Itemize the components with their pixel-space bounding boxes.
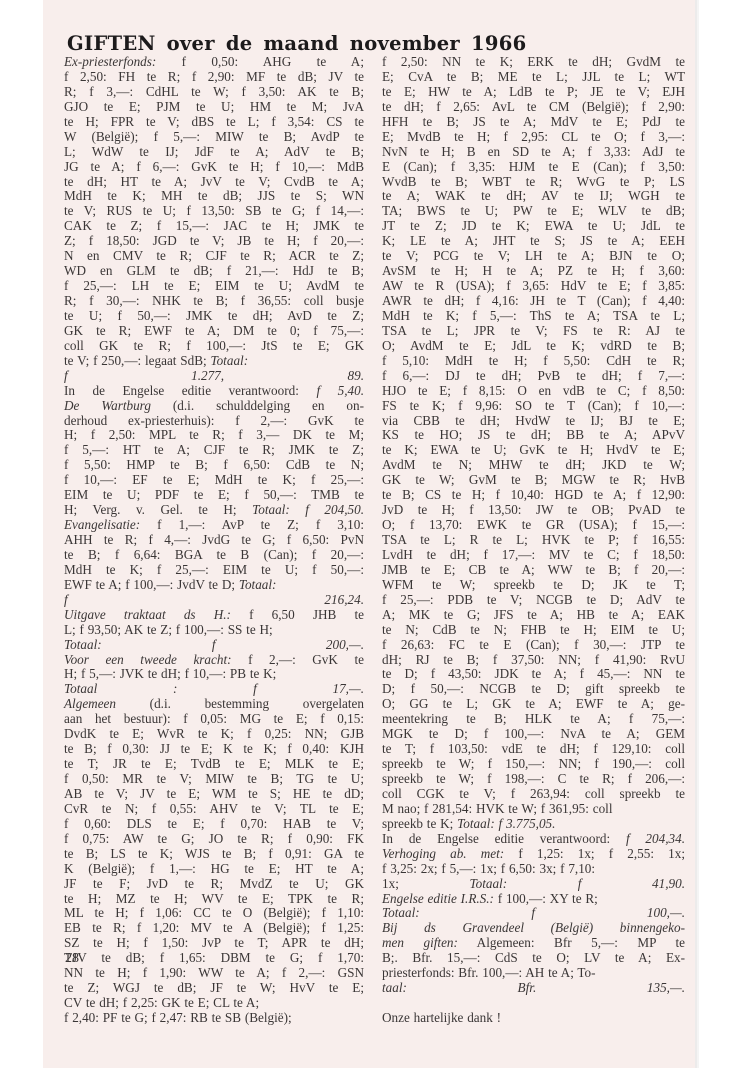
text-line: O; AvdM te E; JdL te K; vdRD te B; [382, 339, 685, 354]
text-line: MdH te K; MH te dB; JJS te S; WN [64, 189, 364, 204]
text-line: f 0,50: MR te V; MIW te B; TG te U; [64, 772, 364, 787]
left-text-column: Ex-priesterfonds: f 0,50: AHG te A;f 2,5… [64, 55, 364, 1026]
text-line: EB te R; f 1,20: MV te A (België); f 1,2… [64, 921, 364, 936]
text-line: Uitgave traktaat ds H.: f 6,50 JHB te [64, 608, 364, 623]
italic-text-segment: taal: Bfr. 135,—. [382, 980, 685, 995]
text-line: Totaal : f 17,—. [64, 682, 364, 697]
text-line: f 1.277, 89. [64, 369, 364, 384]
text-segment: 1x; [382, 876, 469, 891]
text-line: EWF te A; f 100,—: JvdV te D; Totaal: [64, 578, 364, 593]
text-line: te B; CS te H; f 10,40: HGD te A; f 12,9… [382, 488, 685, 503]
text-segment: JT te Z; JD te K; EWA te U; JdL te [382, 218, 685, 233]
text-line: K; LE te A; JHT te S; JS te A; EEH [382, 234, 685, 249]
text-line: te V; PCG te V; LH te A; BJN te O; [382, 249, 685, 264]
text-segment: f 1,25: 1x; f 2,55: 1x; [504, 846, 685, 861]
text-segment: WvdB te B; WBT te R; WvG te P; LS [382, 174, 685, 189]
text-line: GK te W; GvM te B; MGW te R; HvB [382, 473, 685, 488]
text-segment: f 6,—: DJ te dH; PvB te dH; f 7,—: [382, 368, 685, 383]
text-line: f 5,50: HMP te B; f 6,50: CdB te N; [64, 458, 364, 473]
text-line: H; f 2,50: MPL te R; f 3,— DK te M; [64, 428, 364, 443]
text-line: f 3,25: 2x; f 5,—: 1x; f 6,50: 3x; f 7,1… [382, 862, 685, 877]
text-segment: GK te R; EWF te A; DM te 0; f 75,—: [64, 323, 364, 338]
text-line: NN te H; f 1,90: WW te A; f 2,—: GSN [64, 966, 364, 981]
text-line: MGK te D; f 100,—: NvA te A; GEM [382, 727, 685, 742]
text-line: LvdH te dH; f 17,—: MV te C; f 18,50: [382, 548, 685, 563]
text-segment: te dH; f 2,65: AvL te CM (België); f 2,9… [382, 99, 685, 114]
text-segment: f 5,10: MdH te H; f 5,50: CdH te R; [382, 353, 685, 368]
text-line: f 5,10: MdH te H; f 5,50: CdH te R; [382, 354, 685, 369]
text-segment: te N; CdB te N; FHB te H; EIM te U; [382, 622, 685, 637]
text-segment: f 10,—: EF te E; MdH te K; f 25,—: [64, 472, 364, 487]
text-line: JT te Z; JD te K; EWA te U; JdL te [382, 219, 685, 234]
text-line: dH; RJ te B; f 37,50: NN; f 41,90: RvU [382, 653, 685, 668]
text-segment: f 0,50: MR te V; MIW te B; TG te U; [64, 771, 364, 786]
text-line: derhoud ex-priesterhuis): f 2,—: GvK te [64, 414, 364, 429]
text-line: Verhoging ab. met: f 1,25: 1x; f 2,55: 1… [382, 847, 685, 862]
text-line: E; CvA te B; ME te L; JJL te L; WT [382, 70, 685, 85]
text-line: H; Verg. v. Gel. te H; Totaal: f 204,50. [64, 503, 364, 518]
text-line: N en CMV te R; CJF te R; ACR te Z; [64, 249, 364, 264]
text-segment: EWF te A; f 100,—: JvdV te D; [64, 577, 239, 592]
text-line: f 2,50: FH te R; f 2,90: MF te dB; JV te [64, 70, 364, 85]
text-line: AWR te dH; f 4,16: JH te T (Can); f 4,40… [382, 294, 685, 309]
text-line: f 25,—: PDB te V; NCGB te D; AdV te [382, 593, 685, 608]
italic-text-segment: men giften: [382, 935, 458, 950]
italic-text-segment: Totaal: f 100,—. [382, 905, 685, 920]
text-line: R; f 30,—: NHK te B; f 36,55: coll busje [64, 294, 364, 309]
text-segment: In de Engelse editie verantwoord: [64, 383, 316, 398]
text-line: MdH te K; f 5,—: ThS te A; TSA te L; [382, 309, 685, 324]
text-line: E (Can); f 3,35: HJM te E (Can); f 3,50: [382, 160, 685, 175]
text-line: O; f 13,70: EWK te GR (USA); f 15,—: [382, 518, 685, 533]
italic-text-segment: f 204,34. [626, 831, 685, 846]
text-segment: f 6,50 JHB te [231, 607, 364, 622]
italic-text-segment: Algemeen [64, 696, 116, 711]
text-segment: TSA te L; R te L; HVK te P; f 16,55: [382, 532, 685, 547]
text-line: AvdM te N; MHW te dH; JKD te W; [382, 458, 685, 473]
italic-text-segment: Totaal: f 3.775,05. [457, 816, 555, 831]
text-line: AvSM te H; H te A; PZ te H; f 3,60: [382, 264, 685, 279]
text-segment: AvdM te N; MHW te dH; JKD te W; [382, 457, 685, 472]
text-line: TSA te L; R te L; HVK te P; f 16,55: [382, 533, 685, 548]
text-line: Totaal: f 100,—. [382, 906, 685, 921]
text-segment: f 5,50: HMP te B; f 6,50: CdB te N; [64, 457, 364, 472]
text-line: te V; RUS te U; f 13,50: SB te G; f 14,—… [64, 204, 364, 219]
italic-text-segment: f 216,24. [64, 592, 364, 607]
text-line: WvdB te B; WBT te R; WvG te P; LS [382, 175, 685, 190]
italic-text-segment: Uitgave traktaat ds H.: [64, 607, 231, 622]
title-word: november [350, 32, 460, 55]
text-segment: MdH te K; MH te dB; JJS te S; WN [64, 188, 364, 203]
text-segment: f 25,—: PDB te V; NCGB te D; AdV te [382, 592, 685, 607]
text-line: te B; f 0,30: JJ te E; K te K; f 0,40: K… [64, 742, 364, 757]
text-line: Evangelisatie: f 1,—: AvP te Z; f 3,10: [64, 518, 364, 533]
italic-text-segment: Totaal: f 41,90. [469, 876, 685, 891]
text-segment: te Z; WGJ te dB; JF te W; HvV te E; [64, 980, 364, 995]
italic-text-segment: Ex-priesterfonds: [64, 54, 156, 69]
text-segment: JG te A; f 6,—: GvK te H; f 10,—: MdB [64, 159, 364, 174]
text-segment: DvdK te E; WvR te K; f 0,25: NN; GJB [64, 726, 364, 741]
text-line: M nao; f 281,54: HVK te W; f 361,95: col… [382, 802, 685, 817]
text-line: WFM te W; spreekb te D; JK te T; [382, 578, 685, 593]
text-line: In de Engelse editie verantwoord: f 204,… [382, 832, 685, 847]
text-segment: f 0,75: AW te G; JO te R; f 0,90: FK [64, 831, 364, 846]
text-segment: f 25,—: LH te E; EIM te U; AvdM te [64, 278, 364, 293]
text-segment: Z; f 18,50: JGD te V; JB te H; f 20,—: [64, 233, 364, 248]
text-segment: AB te V; JV te E; WM te S; HE te dD; [64, 786, 364, 801]
text-line: MdH te K; f 25,—: EIM te U; f 50,—: [64, 563, 364, 578]
text-segment: f 0,50: AHG te A; [156, 54, 364, 69]
text-line: f 0,60: DLS te E; f 0,70: HAB te V; [64, 817, 364, 832]
text-segment: HJO te E; f 8,15: O en vdB te C; f 8,50: [382, 383, 685, 398]
text-line: coll GK te R; f 100,—: JtS te E; GK [64, 339, 364, 354]
italic-text-segment: Totaal: [210, 353, 248, 368]
text-segment: AHH te R; f 4,—: JvdG te G; f 6,50: PvN [64, 532, 364, 547]
text-line: D; f 50,—: NCGB te D; gift spreekb te [382, 682, 685, 697]
text-line: spreekb te W; f 198,—: C te R; f 206,—: [382, 772, 685, 787]
text-segment: Onze hartelijke dank ! [382, 1010, 501, 1025]
text-segment: O; AvdM te E; JdL te K; vdRD te B; [382, 338, 685, 353]
text-line: te U; f 50,—: JMK te dH; AvD te Z; [64, 309, 364, 324]
text-line: f 5,—: HT te A; CJF te R; JMK te Z; [64, 443, 364, 458]
text-line: HJO te E; f 8,15: O en vdB te C; f 8,50: [382, 384, 685, 399]
text-line: spreekb te K; Totaal: f 3.775,05. [382, 817, 685, 832]
text-line: L; f 93,50; AK te Z; f 100,—: SS te H; [64, 623, 364, 638]
title-word: 1966 [471, 32, 526, 55]
text-segment: R; f 30,—: NHK te B; f 36,55: coll busje [64, 293, 364, 308]
text-line: meentekring te B; HLK te A; f 75,—: [382, 712, 685, 727]
text-line: GK te R; EWF te A; DM te 0; f 75,—: [64, 324, 364, 339]
text-segment: f 0,60: DLS te E; f 0,70: HAB te V; [64, 816, 364, 831]
text-segment: f 2,50: FH te R; f 2,90: MF te dB; JV te [64, 69, 364, 84]
text-line: SZ te H; f 1,50: JvP te T; APR te dH; [64, 936, 364, 951]
text-line: te D; f 43,50: JDK te A; f 45,—: NN te [382, 667, 685, 682]
right-text-column: f 2,50: NN te K; ERK te dH; GvdM teE; Cv… [382, 55, 685, 1026]
text-line: AHH te R; f 4,—: JvdG te G; f 6,50: PvN [64, 533, 364, 548]
italic-text-segment: Bij ds Gravendeel (België) binnengeko- [382, 920, 685, 935]
text-line: K (België); f 1,—: HG te E; HT te A; [64, 862, 364, 877]
text-line: TSA te L; JPR te V; FS te R: AJ te [382, 324, 685, 339]
text-segment: aan het bestuur): f 0,05: MG te E; f 0,1… [64, 711, 364, 726]
text-line: te Z; WGJ te dB; JF te W; HvV te E; [64, 981, 364, 996]
text-segment: L; f 93,50; AK te Z; f 100,—: SS te H; [64, 622, 273, 637]
text-line: JvD te H; f 13,50: JW te OB; PvAD te [382, 503, 685, 518]
text-segment: WD en GLM te dB; f 21,—: HdJ te B; [64, 263, 364, 278]
text-line: EIM te U; PDF te E; f 50,—: TMB te [64, 488, 364, 503]
text-line: H; f 5,—: JVK te dH; f 10,—: PB te K; [64, 667, 364, 682]
text-line: JF te F; JvD te R; MvdZ te U; GK [64, 877, 364, 892]
text-segment: NvN te H; B en SD te A; f 3,33: AdJ te [382, 144, 685, 159]
text-line: GJO te E; PJM te U; HM te M; JvA [64, 100, 364, 115]
text-segment: te E; HW te A; LdB te P; JE te V; EJH [382, 84, 685, 99]
text-line: Bij ds Gravendeel (België) binnengeko- [382, 921, 685, 936]
text-segment: AWR te dH; f 4,16: JH te T (Can); f 4,40… [382, 293, 685, 308]
italic-text-segment: Evangelisatie: [64, 517, 140, 532]
italic-text-segment: Totaal : f 17,—. [64, 681, 364, 696]
text-segment: via CBB te dH; HvdW te IJ; BJ te E; [382, 413, 685, 428]
text-segment: (d.i. schulddelging en on- [151, 398, 364, 413]
text-segment: K (België); f 1,—: HG te E; HT te A; [64, 861, 364, 876]
text-segment: TA; BWS te U; PW te E; WLV te dB; [382, 203, 685, 218]
document-page: GIFTENoverdemaandnovember1966 Ex-prieste… [43, 0, 695, 1068]
text-segment: spreekb te W; f 150,—: NN; f 190,—: coll [382, 756, 685, 771]
text-segment: f 2,40: PF te G; f 2,47: RB te SB (Belgi… [64, 1010, 292, 1025]
text-segment: spreekb te W; f 198,—: C te R; f 206,—: [382, 771, 685, 786]
text-line: te T; f 103,50: vdE te dH; f 129,10: col… [382, 742, 685, 757]
text-segment: te T; JR te E; TvdB te E; MLK te E; [64, 756, 364, 771]
text-line: TJV te dB; f 1,65: DBM te G; f 1,70: [64, 951, 364, 966]
text-segment: E; MvdB te H; f 2,95: CL te O; f 3,—: [382, 129, 685, 144]
text-segment: Algemeen: Bfr 5,—: MP te [458, 935, 685, 950]
blank-line [382, 996, 685, 1011]
italic-text-segment: De Wartburg [64, 398, 151, 413]
text-segment: meentekring te B; HLK te A; f 75,—: [382, 711, 685, 726]
text-line: CvR te N; f 0,55: AHV te V; TL te E; [64, 802, 364, 817]
text-segment: te V; RUS te U; f 13,50: SB te G; f 14,—… [64, 203, 364, 218]
text-segment: NN te H; f 1,90: WW te A; f 2,—: GSN [64, 965, 364, 980]
text-line: O; GG te L; GK te A; EWF te A; ge- [382, 697, 685, 712]
text-segment: WFM te W; spreekb te D; JK te T; [382, 577, 685, 592]
text-line: W (België); f 5,—: MIW te B; AvdP te [64, 130, 364, 145]
title-word: GIFTEN [67, 32, 156, 55]
text-segment: D; f 50,—: NCGB te D; gift spreekb te [382, 681, 685, 696]
text-line: te K; EWA te U; GvK te H; HvdV te E; [382, 443, 685, 458]
text-segment: O; GG te L; GK te A; EWF te A; ge- [382, 696, 685, 711]
text-segment: EB te R; f 1,20: MV te A (België); f 1,2… [64, 920, 364, 935]
text-segment: te B; LS te K; WJS te B; f 0,91: GA te [64, 846, 364, 861]
italic-text-segment: f 1.277, 89. [64, 368, 364, 383]
text-segment: f 3,25: 2x; f 5,—: 1x; f 6,50: 3x; f 7,1… [382, 861, 595, 876]
italic-text-segment: Voor een tweede kracht: [64, 652, 232, 667]
text-line: f 6,—: DJ te dH; PvB te dH; f 7,—: [382, 369, 685, 384]
text-segment: coll GK te R; f 100,—: JtS te E; GK [64, 338, 364, 353]
italic-text-segment: Totaal: [239, 577, 277, 592]
text-segment: H; Verg. v. Gel. te H; [64, 502, 252, 517]
text-line: AB te V; JV te E; WM te S; HE te dD; [64, 787, 364, 802]
text-segment: (d.i. bestemming overgelaten [116, 696, 364, 711]
text-line: f 2,50: NN te K; ERK te dH; GvdM te [382, 55, 685, 70]
text-segment: LvdH te dH; f 17,—: MV te C; f 18,50: [382, 547, 685, 562]
italic-text-segment: Verhoging ab. met: [382, 846, 504, 861]
text-line: Totaal: f 200,—. [64, 638, 364, 653]
text-line: NvN te H; B en SD te A; f 3,33: AdJ te [382, 145, 685, 160]
text-line: f 26,63: FC te E (Can); f 30,—: JTP te [382, 638, 685, 653]
text-line: Engelse editie I.R.S.: f 100,—: XY te R; [382, 892, 685, 907]
text-line: WD en GLM te dB; f 21,—: HdJ te B; [64, 264, 364, 279]
text-segment: priesterfonds: Bfr. 100,—: AH te A; To- [382, 965, 596, 980]
text-segment: te B; f 6,64: BGA te B (Can); f 20,—: [64, 547, 364, 562]
text-segment: FS te K; f 9,96: SO te T (Can); f 10,—: [382, 398, 685, 413]
text-segment: te A; WAK te dH; AV te IJ; WGH te [382, 188, 685, 203]
text-segment: AvSM te H; H te A; PZ te H; f 3,60: [382, 263, 685, 278]
text-line: te E; HW te A; LdB te P; JE te V; EJH [382, 85, 685, 100]
text-line: spreekb te W; f 150,—: NN; f 190,—: coll [382, 757, 685, 772]
text-line: men giften: Algemeen: Bfr 5,—: MP te [382, 936, 685, 951]
text-line: f 216,24. [64, 593, 364, 608]
text-line: priesterfonds: Bfr. 100,—: AH te A; To- [382, 966, 685, 981]
text-segment: W (België); f 5,—: MIW te B; AvdP te [64, 129, 364, 144]
text-segment: JvD te H; f 13,50: JW te OB; PvAD te [382, 502, 685, 517]
text-segment: GJO te E; PJM te U; HM te M; JvA [64, 99, 364, 114]
title-word: over [167, 32, 215, 55]
italic-text-segment: Totaal: f 204,50. [252, 502, 364, 517]
text-line: L; WdW te IJ; JdF te A; AdV te B; [64, 145, 364, 160]
text-segment: AW te R (USA); f 3,65: HdV te E; f 3,85: [382, 278, 685, 293]
text-segment: B;. Bfr. 15,—: CdS te O; LV te A; Ex- [382, 950, 685, 965]
text-line: B;. Bfr. 15,—: CdS te O; LV te A; Ex- [382, 951, 685, 966]
text-line: Ex-priesterfonds: f 0,50: AHG te A; [64, 55, 364, 70]
text-segment: E; CvA te B; ME te L; JJL te L; WT [382, 69, 685, 84]
text-segment: coll CGK te V; f 263,94: coll spreekb te [382, 786, 685, 801]
text-line: te A; WAK te dH; AV te IJ; WGH te [382, 189, 685, 204]
text-line: te dH; HT te A; JvV te V; CvdB te A; [64, 175, 364, 190]
text-segment: In de Engelse editie verantwoord: [382, 831, 626, 846]
page-title: GIFTENoverdemaandnovember1966 [67, 32, 687, 55]
italic-text-segment: Engelse editie I.R.S.: [382, 891, 494, 906]
text-line: te V; f 250,—: legaat SdB; Totaal: [64, 354, 364, 369]
text-segment: K; LE te A; JHT te S; JS te A; EEH [382, 233, 685, 248]
text-segment: CAK te Z; f 15,—: JAC te H; JMK te [64, 218, 364, 233]
title-word: maand [264, 32, 339, 55]
text-segment: TJV te dB; f 1,65: DBM te G; f 1,70: [64, 950, 364, 965]
text-line: De Wartburg (d.i. schulddelging en on- [64, 399, 364, 414]
text-segment: f 100,—: XY te R; [494, 891, 598, 906]
text-segment: O; f 13,70: EWK te GR (USA); f 15,—: [382, 517, 685, 532]
text-segment: H; f 2,50: MPL te R; f 3,— DK te M; [64, 427, 364, 442]
text-line: Voor een tweede kracht: f 2,—: GvK te [64, 653, 364, 668]
text-segment: EIM te U; PDF te E; f 50,—: TMB te [64, 487, 364, 502]
text-line: te H; FPR te V; dBS te L; f 3,54: CS te [64, 115, 364, 130]
text-segment: TSA te L; JPR te V; FS te R: AJ te [382, 323, 685, 338]
text-line: via CBB te dH; HvdW te IJ; BJ te E; [382, 414, 685, 429]
text-line: AW te R (USA); f 3,65: HdV te E; f 3,85: [382, 279, 685, 294]
text-line: FS te K; f 9,96: SO te T (Can); f 10,—: [382, 399, 685, 414]
text-segment: f 2,50: NN te K; ERK te dH; GvdM te [382, 54, 685, 69]
text-segment: te H; MZ te H; WV te E; TPK te R; [64, 891, 364, 906]
text-segment: MdH te K; f 25,—: EIM te U; f 50,—: [64, 562, 364, 577]
text-segment: MdH te K; f 5,—: ThS te A; TSA te L; [382, 308, 685, 323]
text-segment: SZ te H; f 1,50: JvP te T; APR te dH; [64, 935, 364, 950]
text-segment: f 2,—: GvK te [232, 652, 364, 667]
text-line: In de Engelse editie verantwoord: f 5,40… [64, 384, 364, 399]
text-segment: f 26,63: FC te E (Can); f 30,—: JTP te [382, 637, 685, 652]
text-line: te N; CdB te N; FHB te H; EIM te U; [382, 623, 685, 638]
text-segment: f 1,—: AvP te Z; f 3,10: [140, 517, 364, 532]
text-segment: te H; FPR te V; dBS te L; f 3,54: CS te [64, 114, 364, 129]
text-segment: JF te F; JvD te R; MvdZ te U; GK [64, 876, 364, 891]
text-line: f 10,—: EF te E; MdH te K; f 25,—: [64, 473, 364, 488]
text-line: JG te A; f 6,—: GvK te H; f 10,—: MdB [64, 160, 364, 175]
text-line: Algemeen (d.i. bestemming overgelaten [64, 697, 364, 712]
page-number: 28 [65, 951, 79, 967]
text-line: aan het bestuur): f 0,05: MG te E; f 0,1… [64, 712, 364, 727]
italic-text-segment: Totaal: f 200,—. [64, 637, 364, 652]
text-line: ML te H; f 1,06: CC te O (België); f 1,1… [64, 906, 364, 921]
text-line: te T; JR te E; TvdB te E; MLK te E; [64, 757, 364, 772]
text-segment: f 5,—: HT te A; CJF te R; JMK te Z; [64, 442, 364, 457]
text-segment: GK te W; GvM te B; MGW te R; HvB [382, 472, 685, 487]
text-line: f 2,40: PF te G; f 2,47: RB te SB (Belgi… [64, 1011, 364, 1026]
text-segment: te D; f 43,50: JDK te A; f 45,—: NN te [382, 666, 685, 681]
text-segment: te T; f 103,50: vdE te dH; f 129,10: col… [382, 741, 685, 756]
text-segment: te B; CS te H; f 10,40: HGD te A; f 12,9… [382, 487, 685, 502]
text-line: coll CGK te V; f 263,94: coll spreekb te [382, 787, 685, 802]
text-line: 1x; Totaal: f 41,90. [382, 877, 685, 892]
text-line: A; MK te G; JFS te A; HB te A; EAK [382, 608, 685, 623]
text-line: KS te HO; JS te dH; BB te A; APvV [382, 428, 685, 443]
italic-text-segment: f 5,40. [316, 383, 364, 398]
text-segment: spreekb te K; [382, 816, 457, 831]
text-line: f 0,75: AW te G; JO te R; f 0,90: FK [64, 832, 364, 847]
text-segment: derhoud ex-priesterhuis): f 2,—: GvK te [64, 413, 364, 428]
text-segment: te K; EWA te U; GvK te H; HvdV te E; [382, 442, 685, 457]
text-segment: CvR te N; f 0,55: AHV te V; TL te E; [64, 801, 364, 816]
text-line: CV te dH; f 2,25: GK te E; CL te A; [64, 996, 364, 1011]
text-line: te B; f 6,64: BGA te B (Can); f 20,—: [64, 548, 364, 563]
text-segment: M nao; f 281,54: HVK te W; f 361,95: col… [382, 801, 613, 816]
text-segment: JMB te E; CB te A; WW te B; f 20,—: [382, 562, 685, 577]
text-segment: CV te dH; f 2,25: GK te E; CL te A; [64, 995, 259, 1010]
text-line: f 25,—: LH te E; EIM te U; AvdM te [64, 279, 364, 294]
text-segment: HFH te B; JS te A; MdV te E; PdJ te [382, 114, 685, 129]
text-segment: te V; PCG te V; LH te A; BJN te O; [382, 248, 685, 263]
text-line: E; MvdB te H; f 2,95: CL te O; f 3,—: [382, 130, 685, 145]
text-segment: H; f 5,—: JVK te dH; f 10,—: PB te K; [64, 666, 276, 681]
text-segment: te dH; HT te A; JvV te V; CvdB te A; [64, 174, 364, 189]
text-line: te H; MZ te H; WV te E; TPK te R; [64, 892, 364, 907]
text-segment: te B; f 0,30: JJ te E; K te K; f 0,40: K… [64, 741, 364, 756]
text-line: HFH te B; JS te A; MdV te E; PdJ te [382, 115, 685, 130]
text-line: DvdK te E; WvR te K; f 0,25: NN; GJB [64, 727, 364, 742]
text-segment: ML te H; f 1,06: CC te O (België); f 1,1… [64, 905, 364, 920]
text-line: te B; LS te K; WJS te B; f 0,91: GA te [64, 847, 364, 862]
text-line: Z; f 18,50: JGD te V; JB te H; f 20,—: [64, 234, 364, 249]
text-segment: te U; f 50,—: JMK te dH; AvD te Z; [64, 308, 364, 323]
text-segment: N en CMV te R; CJF te R; ACR te Z; [64, 248, 364, 263]
text-segment: te V; f 250,—: legaat SdB; [64, 353, 210, 368]
text-line: taal: Bfr. 135,—. [382, 981, 685, 996]
text-line: CAK te Z; f 15,—: JAC te H; JMK te [64, 219, 364, 234]
text-segment: KS te HO; JS te dH; BB te A; APvV [382, 427, 685, 442]
text-line: Onze hartelijke dank ! [382, 1011, 685, 1026]
text-segment: A; MK te G; JFS te A; HB te A; EAK [382, 607, 685, 622]
text-segment: E (Can); f 3,35: HJM te E (Can); f 3,50: [382, 159, 685, 174]
text-segment: MGK te D; f 100,—: NvA te A; GEM [382, 726, 685, 741]
text-segment: dH; RJ te B; f 37,50: NN; f 41,90: RvU [382, 652, 685, 667]
text-line: TA; BWS te U; PW te E; WLV te dB; [382, 204, 685, 219]
text-line: JMB te E; CB te A; WW te B; f 20,—: [382, 563, 685, 578]
title-word: de [226, 32, 253, 55]
text-line: te dH; f 2,65: AvL te CM (België); f 2,9… [382, 100, 685, 115]
text-segment: R; f 3,—: CdHL te W; f 3,50: AK te B; [64, 84, 364, 99]
text-segment: L; WdW te IJ; JdF te A; AdV te B; [64, 144, 364, 159]
text-line: R; f 3,—: CdHL te W; f 3,50: AK te B; [64, 85, 364, 100]
